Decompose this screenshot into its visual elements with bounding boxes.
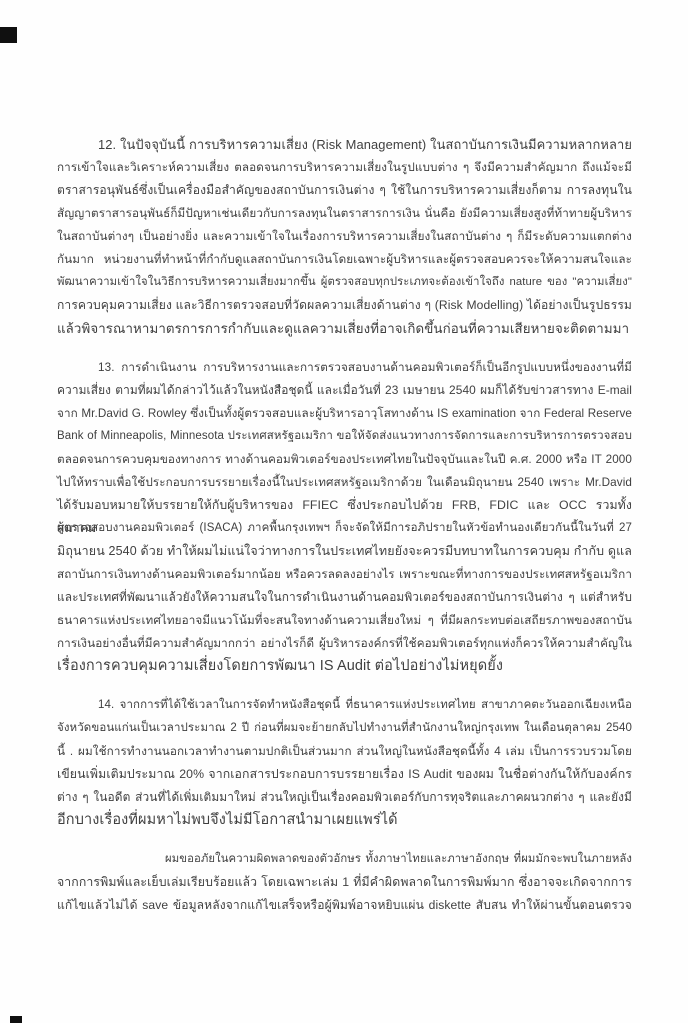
text-line: จังหวัดขอนแก่นเป็นเวลาประมาณ 2 ปี ก่อนที… bbox=[57, 717, 632, 740]
paragraph-13: 13. การดำเนินงาน การบริหารงานและการตรวจส… bbox=[57, 356, 632, 678]
text-line: ในสถาบันต่างๆ เป็นอย่างยิ่ง และความเข้าใ… bbox=[57, 225, 632, 248]
text-line: สถาบันการเงินทางด้านคอมพิวเตอร์มากน้อย ห… bbox=[57, 563, 632, 586]
paragraph-apology: ผมขออภัยในความผิดพลาดของตัวอักษร ทั้งภาษ… bbox=[57, 848, 632, 917]
text-line: 12. ในปัจจุบันนี้ การบริหารความเสี่ยง (R… bbox=[57, 133, 632, 156]
text-line: ตราสารอนุพันธ์ซึ่งเป็นเครื่องมือสำคัญของ… bbox=[57, 179, 632, 202]
text-line: การควบคุมความเสี่ยง และวิธีการตรวจสอบที่… bbox=[57, 294, 632, 317]
paragraph-12: 12. ในปัจจุบันนี้ การบริหารความเสี่ยง (R… bbox=[57, 133, 632, 340]
text-line: และประเทศที่พัฒนาแล้วยังให้ความสนใจในการ… bbox=[57, 586, 632, 609]
document-page: 12. ในปัจจุบันนี้ การบริหารความเสี่ยง (R… bbox=[0, 0, 688, 1023]
text-line: เขียนเพิ่มเติมประมาณ 20% จากเอกสารประกอบ… bbox=[57, 763, 632, 786]
text-line: Bank of Minneapolis, Minnesota ประเทศสหร… bbox=[57, 425, 632, 448]
text-line: นี้ . ผมใช้การทำงานนอกเวลาทำงานตามปกติเป… bbox=[57, 740, 632, 763]
text-line: 13. การดำเนินงาน การบริหารงานและการตรวจส… bbox=[57, 356, 632, 379]
paragraph-14: 14. จากการที่ได้ใช้เวลาในการจัดทำหนังสือ… bbox=[57, 694, 632, 832]
text-line: สัญญาตราสารอนุพันธ์ก็มีปัญหาเช่นเดียวกับ… bbox=[57, 202, 632, 225]
text-line: จาก Mr.David G. Rowley ซึ่งเป็นทั้งผู้ตร… bbox=[57, 402, 632, 425]
text-line: ความเสี่ยง ตามที่ผมได้กล่าวไว้แล้วในหนัง… bbox=[57, 379, 632, 402]
text-line: ต่าง ๆ ในอดีต ส่วนที่ได้เพิ่มเติมมาใหม่ … bbox=[57, 786, 632, 809]
text-line: ได้รับมอบหมายให้บรรยายให้กับผู้บริหารของ… bbox=[57, 494, 632, 517]
text-block: 12. ในปัจจุบันนี้ การบริหารความเสี่ยง (R… bbox=[57, 133, 632, 917]
text-line: อีกบางเรื่องที่ผมหาไม่พบจึงไม่มีโอกาสนำม… bbox=[57, 809, 632, 832]
text-line: ตลอดจนการควบคุมของทางการ ทางด้านคอมพิวเต… bbox=[57, 448, 632, 471]
text-line: ไปให้ทราบเพื่อใช้ประกอบการบรรยายเรื่องนี… bbox=[57, 471, 632, 494]
text-line: กันมาก หน่วยงานที่ทำหน้าที่กำกับดูแลสถาบ… bbox=[57, 248, 632, 271]
scan-artifact-bottom-left bbox=[10, 1016, 22, 1023]
text-line: ผู้ตรวจสอบงานคอมพิวเตอร์ (ISACA) ภาคพื้น… bbox=[57, 517, 632, 540]
text-line: จากการพิมพ์และเย็บเล่มเรียบร้อยแล้ว โดยเ… bbox=[57, 871, 632, 894]
text-line: ผมขออภัยในความผิดพลาดของตัวอักษร ทั้งภาษ… bbox=[57, 848, 632, 871]
text-line: ธนาคารแห่งประเทศไทยอาจมีแนวโน้มที่จะสนใจ… bbox=[57, 609, 632, 632]
text-line: แล้วพิจารณาหามาตรการการกำกับและดูแลความเ… bbox=[57, 317, 632, 340]
text-line: มิถุนายน 2540 ด้วย ทำให้ผมไม่แน่ใจว่าทาง… bbox=[57, 540, 632, 563]
text-line: เรื่องการควบคุมความเสี่ยงโดยการพัฒนา IS … bbox=[57, 655, 632, 678]
scan-artifact-top-left bbox=[0, 27, 17, 43]
text-line: แก้ไขแล้วไม่ได้ save ข้อมูลหลังจากแก้ไขเ… bbox=[57, 894, 632, 917]
text-line: พัฒนาความเข้าใจในวิธีการบริหารความเสี่ยง… bbox=[57, 271, 632, 294]
text-line: การเงินอย่างอื่นที่มีความสำคัญมากกว่า อย… bbox=[57, 632, 632, 655]
text-line: การเข้าใจและวิเคราะห์ความเสี่ยง ตลอดจนกา… bbox=[57, 156, 632, 179]
text-line: 14. จากการที่ได้ใช้เวลาในการจัดทำหนังสือ… bbox=[57, 694, 632, 717]
